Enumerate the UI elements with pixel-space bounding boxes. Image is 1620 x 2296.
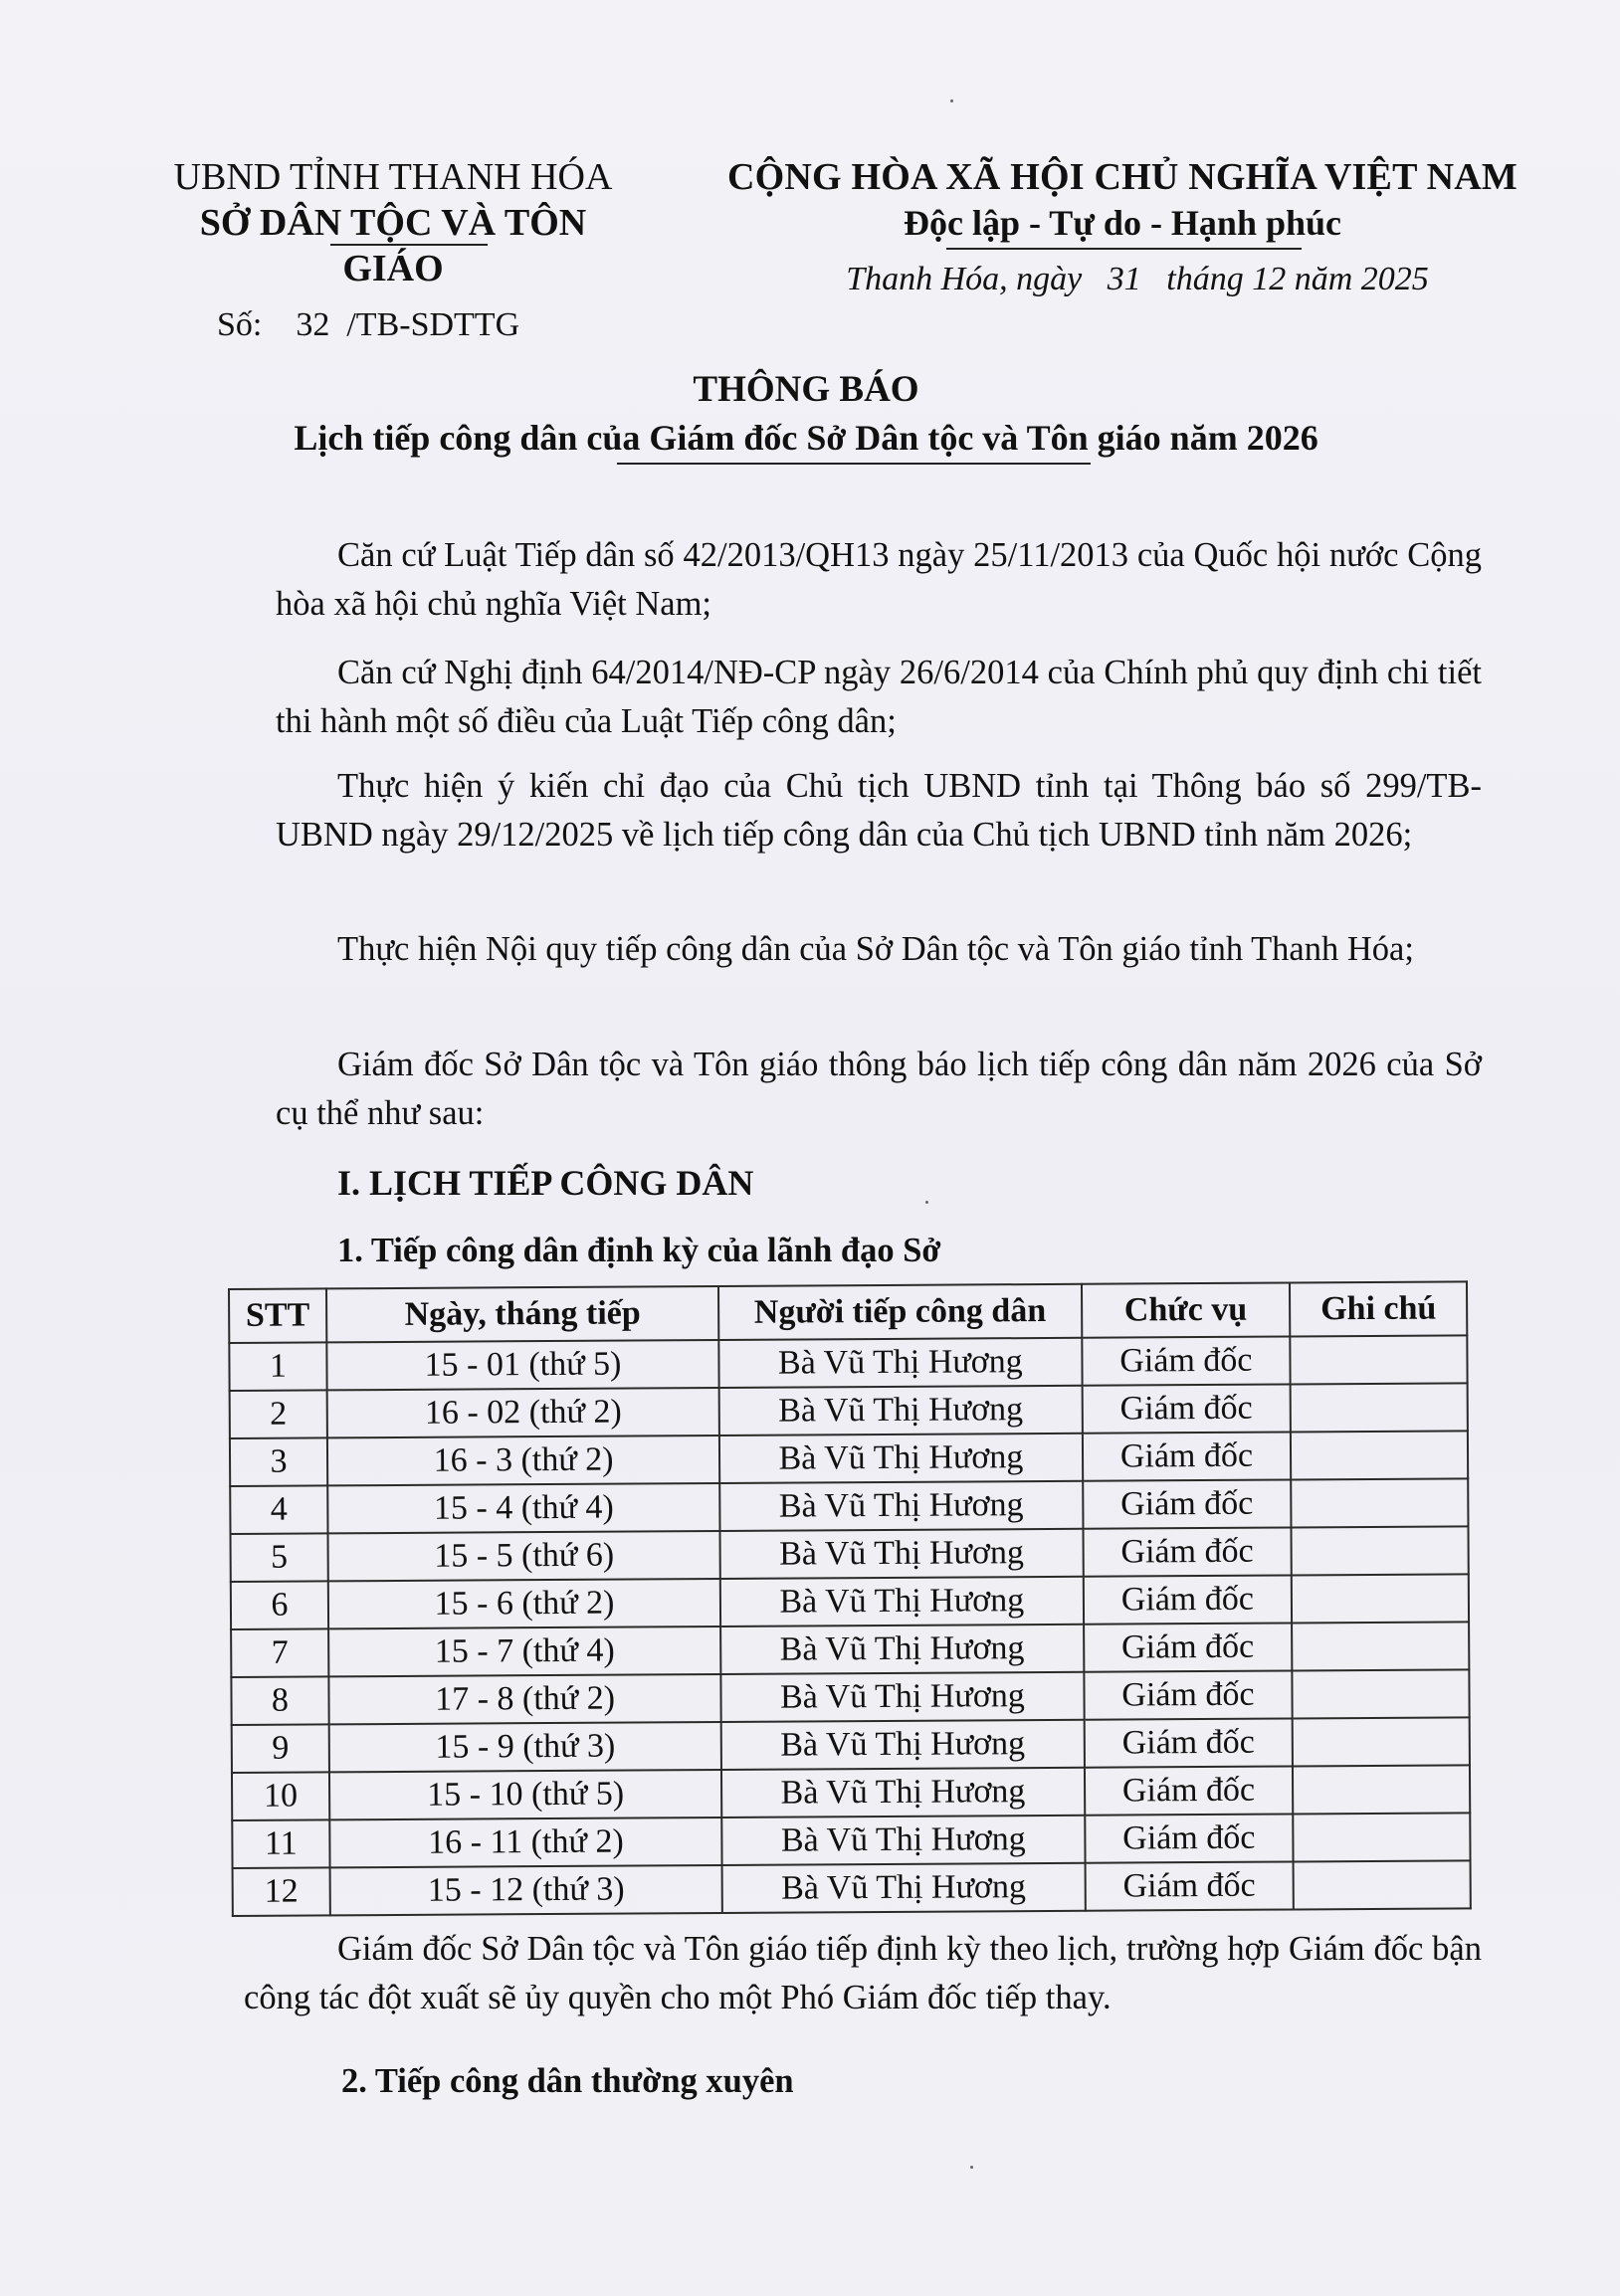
header-position: Chức vụ [1082, 1282, 1291, 1337]
table-row: 515 - 5 (thứ 6)Bà Vũ Thị HươngGiám đốc [231, 1526, 1469, 1582]
scan-speck [950, 99, 953, 102]
table-row: 615 - 6 (thứ 2)Bà Vũ Thị HươngGiám đốc [231, 1574, 1469, 1629]
cell-notes [1292, 1574, 1469, 1623]
document-number-value: 32 [296, 306, 329, 343]
cell-position: Giám đốc [1082, 1432, 1291, 1480]
document-title: THÔNG BÁO [139, 366, 1473, 414]
paragraph-delegation: Giám đốc Sở Dân tộc và Tôn giáo tiếp địn… [244, 1925, 1482, 2022]
subsection-heading-periodic: 1. Tiếp công dân định kỳ của lãnh đạo Sở [337, 1227, 941, 1274]
paragraph-text: Giám đốc Sở Dân tộc và Tôn giáo tiếp địn… [244, 1930, 1482, 2016]
paragraph-text: Thực hiện Nội quy tiếp công dân của Sở D… [337, 930, 1414, 968]
paragraph-rules: Thực hiện Nội quy tiếp công dân của Sở D… [276, 925, 1482, 974]
paragraph-text: Giám đốc Sở Dân tộc và Tôn giáo thông bá… [276, 1046, 1482, 1132]
cell-stt: 5 [231, 1533, 328, 1582]
cell-stt: 11 [232, 1819, 329, 1868]
section-heading-schedule: I. LỊCH TIẾP CÔNG DÂN [337, 1159, 753, 1207]
cell-date: 17 - 8 (thứ 2) [328, 1674, 721, 1724]
header-date: Ngày, tháng tiếp [326, 1286, 719, 1342]
cell-notes [1291, 1478, 1468, 1527]
table-row: 817 - 8 (thứ 2)Bà Vũ Thị HươngGiám đốc [231, 1669, 1469, 1725]
paragraph-text: Căn cứ Nghị định 64/2014/NĐ-CP ngày 26/6… [276, 654, 1482, 740]
paragraph-legal-basis-1: Căn cứ Luật Tiếp dân số 42/2013/QH13 ngà… [276, 531, 1482, 629]
paragraph-directive: Thực hiện ý kiến chỉ đạo của Chủ tịch UB… [276, 762, 1482, 860]
table-row: 915 - 9 (thứ 3)Bà Vũ Thị HươngGiám đốc [232, 1717, 1470, 1773]
header-person: Người tiếp công dân [718, 1284, 1082, 1340]
document-page: UBND TỈNH THANH HÓA SỞ DÂN TỘC VÀ TÔN GI… [0, 0, 1620, 2296]
cell-stt: 7 [231, 1628, 328, 1677]
table-row: 415 - 4 (thứ 4)Bà Vũ Thị HươngGiám đốc [230, 1478, 1468, 1534]
cell-person: Bà Vũ Thị Hương [719, 1434, 1083, 1483]
table-row: 115 - 01 (thứ 5)Bà Vũ Thị HươngGiám đốc [229, 1335, 1467, 1391]
cell-person: Bà Vũ Thị Hương [721, 1720, 1085, 1770]
cell-notes [1293, 1717, 1470, 1766]
cell-position: Giám đốc [1085, 1766, 1294, 1815]
cell-date: 16 - 11 (thứ 2) [329, 1818, 722, 1867]
cell-date: 16 - 02 (thứ 2) [327, 1388, 720, 1437]
cell-stt: 12 [233, 1867, 330, 1916]
paragraph-legal-basis-2: Căn cứ Nghị định 64/2014/NĐ-CP ngày 26/6… [276, 649, 1482, 746]
cell-position: Giám đốc [1085, 1814, 1294, 1862]
organization-name: SỞ DÂN TỘC VÀ TÔN GIÁO [149, 200, 637, 291]
cell-date: 15 - 01 (thứ 5) [326, 1340, 719, 1390]
cell-person: Bà Vũ Thị Hương [721, 1672, 1085, 1722]
cell-notes [1293, 1765, 1470, 1814]
schedule-table-body: 115 - 01 (thứ 5)Bà Vũ Thị HươngGiám đốc2… [229, 1335, 1470, 1916]
cell-stt: 9 [232, 1724, 329, 1773]
table-header-row: STT Ngày, tháng tiếp Người tiếp công dân… [229, 1281, 1467, 1343]
cell-stt: 1 [229, 1342, 326, 1391]
schedule-table: STT Ngày, tháng tiếp Người tiếp công dân… [228, 1280, 1472, 1917]
national-motto: Độc lập - Tự do - Hạnh phúc [705, 200, 1540, 246]
cell-person: Bà Vũ Thị Hương [721, 1816, 1085, 1865]
cell-date: 15 - 9 (thứ 3) [329, 1722, 722, 1772]
cell-position: Giám đốc [1084, 1718, 1293, 1767]
issuing-authority-block: UBND TỈNH THANH HÓA SỞ DÂN TỘC VÀ TÔN GI… [149, 154, 637, 347]
document-number-suffix: /TB-SDTTG [346, 306, 519, 343]
cell-stt: 2 [230, 1390, 327, 1438]
table-row: 1116 - 11 (thứ 2)Bà Vũ Thị HươngGiám đốc [232, 1813, 1470, 1868]
cell-notes [1293, 1669, 1470, 1718]
cell-stt: 4 [230, 1485, 327, 1534]
national-heading-block: CỘNG HÒA XÃ HỘI CHỦ NGHĨA VIỆT NAM Độc l… [705, 154, 1540, 301]
country-name: CỘNG HÒA XÃ HỘI CHỦ NGHĨA VIỆT NAM [705, 154, 1540, 200]
parent-organization: UBND TỈNH THANH HÓA [149, 154, 637, 200]
scan-speck [970, 2166, 973, 2169]
cell-position: Giám đốc [1082, 1336, 1291, 1385]
cell-position: Giám đốc [1084, 1623, 1293, 1671]
document-title-block: THÔNG BÁO Lịch tiếp công dân của Giám đố… [139, 366, 1473, 462]
cell-position: Giám đốc [1083, 1575, 1292, 1624]
place-and-date: Thanh Hóa, ngày 31 tháng 12 năm 2025 [705, 258, 1540, 301]
table-row: 715 - 7 (thứ 4)Bà Vũ Thị HươngGiám đốc [231, 1622, 1469, 1677]
paragraph-text: Thực hiện ý kiến chỉ đạo của Chủ tịch UB… [276, 767, 1482, 854]
cell-person: Bà Vũ Thị Hương [720, 1529, 1084, 1579]
cell-stt: 6 [231, 1581, 328, 1629]
subsection-heading-regular: 2. Tiếp công dân thường xuyên [341, 2057, 794, 2105]
cell-notes [1292, 1526, 1469, 1575]
organization-underline [330, 244, 488, 246]
cell-position: Giám đốc [1083, 1527, 1292, 1576]
cell-notes [1291, 1431, 1468, 1479]
cell-notes [1294, 1860, 1471, 1909]
cell-notes [1292, 1622, 1469, 1670]
table-row: 316 - 3 (thứ 2)Bà Vũ Thị HươngGiám đốc [230, 1431, 1468, 1486]
cell-person: Bà Vũ Thị Hương [720, 1625, 1084, 1674]
cell-stt: 8 [231, 1676, 328, 1725]
document-number-label: Số: [217, 306, 262, 343]
cell-date: 15 - 10 (thứ 5) [329, 1770, 722, 1819]
title-underline [617, 463, 1091, 465]
cell-person: Bà Vũ Thị Hương [721, 1768, 1085, 1818]
cell-stt: 3 [230, 1437, 327, 1486]
cell-position: Giám đốc [1084, 1670, 1293, 1719]
cell-date: 15 - 5 (thứ 6) [327, 1531, 720, 1581]
cell-person: Bà Vũ Thị Hương [720, 1577, 1084, 1626]
cell-position: Giám đốc [1082, 1384, 1291, 1433]
paragraph-text: Căn cứ Luật Tiếp dân số 42/2013/QH13 ngà… [276, 536, 1482, 623]
motto-underline [946, 248, 1302, 250]
cell-stt: 10 [232, 1772, 329, 1820]
document-number: Số: 32 /TB-SDTTG [149, 303, 637, 347]
table-row: 1015 - 10 (thứ 5)Bà Vũ Thị HươngGiám đốc [232, 1765, 1470, 1820]
cell-person: Bà Vũ Thị Hương [719, 1481, 1083, 1531]
cell-person: Bà Vũ Thị Hương [719, 1338, 1083, 1388]
header-stt: STT [229, 1288, 326, 1343]
place-date-prefix: Thanh Hóa, ngày [846, 261, 1082, 297]
paragraph-announcement: Giám đốc Sở Dân tộc và Tôn giáo thông bá… [276, 1041, 1482, 1138]
table-row: 1215 - 12 (thứ 3)Bà Vũ Thị HươngGiám đốc [233, 1860, 1471, 1916]
cell-position: Giám đốc [1083, 1479, 1292, 1528]
table-row: 216 - 02 (thứ 2)Bà Vũ Thị HươngGiám đốc [230, 1383, 1468, 1438]
cell-notes [1291, 1335, 1468, 1384]
cell-date: 15 - 6 (thứ 2) [328, 1579, 721, 1628]
cell-notes [1291, 1383, 1468, 1432]
cell-notes [1293, 1813, 1470, 1861]
cell-date: 16 - 3 (thứ 2) [327, 1435, 720, 1485]
cell-date: 15 - 4 (thứ 4) [327, 1483, 720, 1533]
cell-date: 15 - 7 (thứ 4) [328, 1626, 721, 1676]
cell-person: Bà Vũ Thị Hương [719, 1386, 1083, 1435]
document-subtitle: Lịch tiếp công dân của Giám đốc Sở Dân t… [139, 414, 1473, 462]
scan-speck [925, 1201, 928, 1204]
place-date-suffix: tháng 12 năm 2025 [1166, 261, 1429, 297]
date-day: 31 [1108, 261, 1141, 297]
header-notes: Ghi chú [1290, 1281, 1467, 1336]
cell-position: Giám đốc [1085, 1861, 1294, 1910]
cell-person: Bà Vũ Thị Hương [722, 1863, 1086, 1913]
cell-date: 15 - 12 (thứ 3) [329, 1865, 722, 1915]
